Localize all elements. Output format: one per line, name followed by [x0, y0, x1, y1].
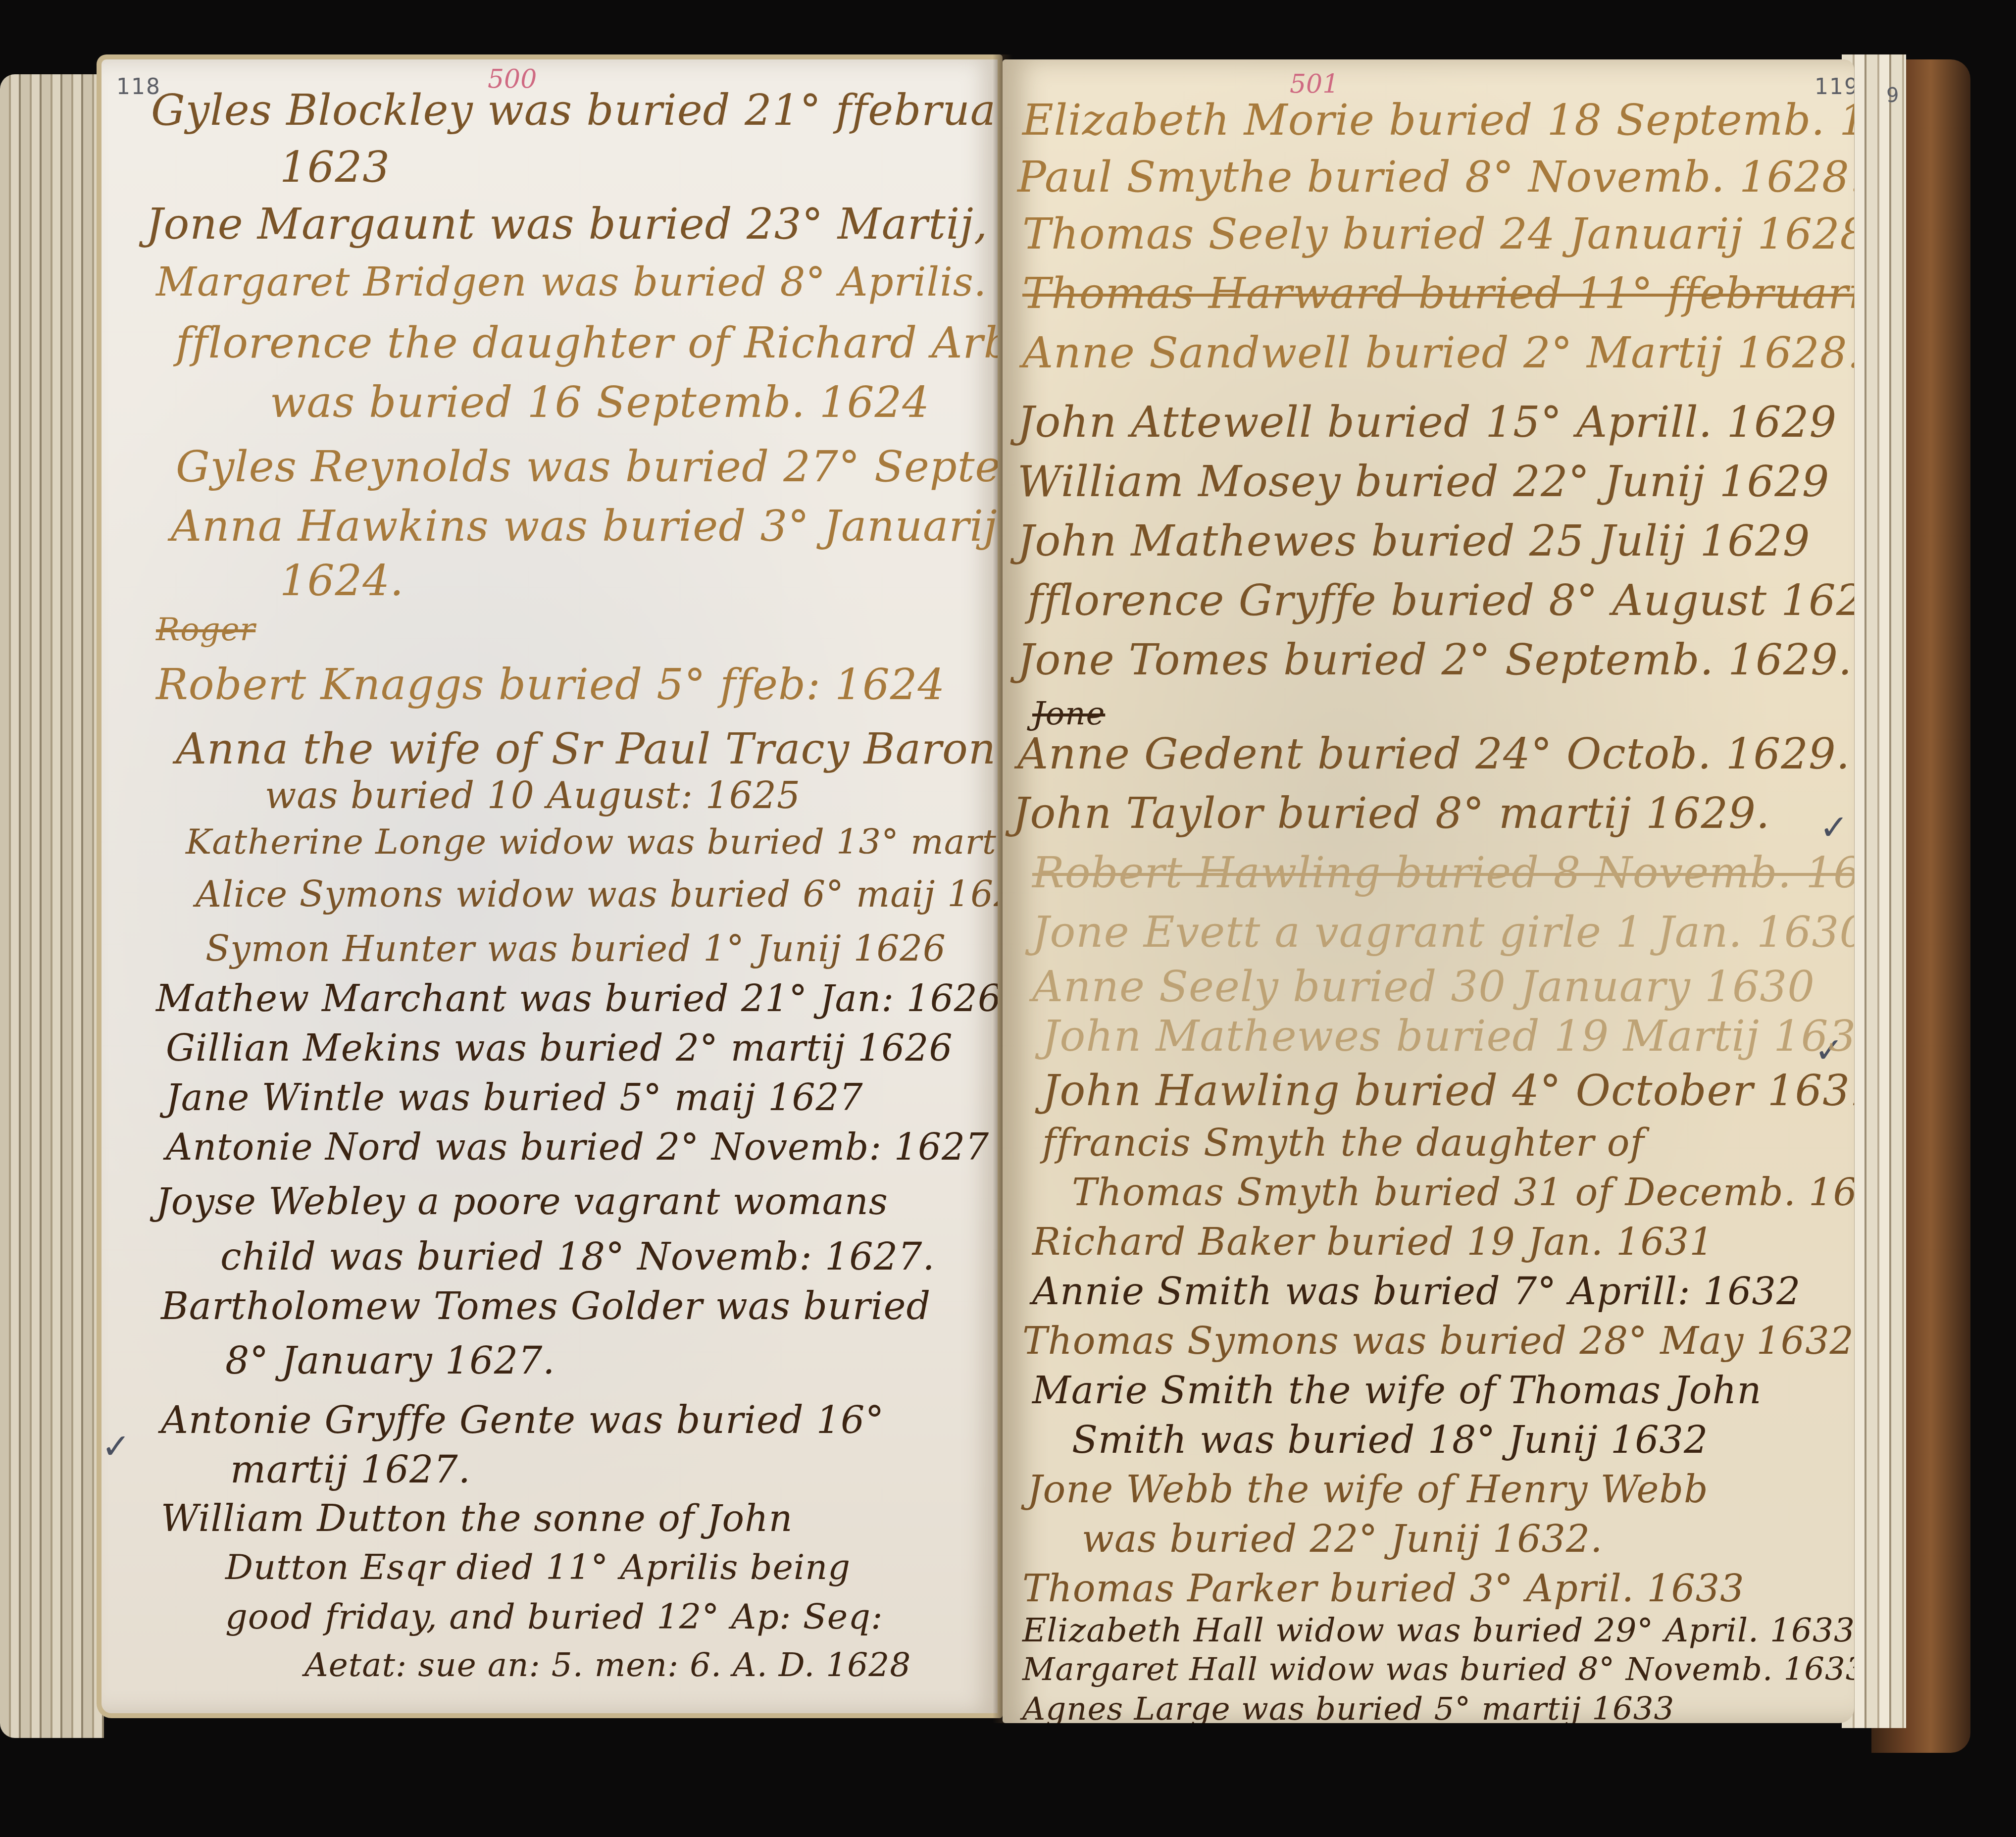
entry-line: Anne Seely buried 30 January 1630 — [1032, 966, 1815, 1008]
entry-line: Paul Smythe buried 8° Novemb. 1628. — [1017, 156, 1854, 199]
entry-line: fflorence the daughter of Richard Arbill — [176, 322, 1003, 364]
entry-line: Elizabeth Hall widow was buried 29° Apri… — [1022, 1614, 1854, 1647]
entry-line: Joyse Webley a poore vagrant womans — [156, 1183, 888, 1220]
entry-line: Alice Symons widow was buried 6° maij 16… — [196, 876, 1003, 912]
entry-line: Anna Hawkins was buried 3° Januarij — [171, 505, 998, 548]
entry-line: Thomas Smyth buried 31 of Decemb. 1631 — [1072, 1174, 1854, 1211]
entry-line: John Mathewes buried 25 Julij 1629 — [1017, 520, 1810, 562]
entry-line: Aetat: sue an: 5. men: 6. A. D. 1628 — [304, 1649, 911, 1682]
entry-line: Jone Evett a vagrant girle 1 Jan. 1630 — [1032, 911, 1854, 954]
entry-line: Dutton Esqr died 11° Aprilis being — [225, 1550, 851, 1584]
entry-line: Gillian Mekins was buried 2° martij 1626 — [166, 1030, 953, 1067]
entry-line: Gyles Blockley was buried 21° ffebruarij — [151, 89, 1003, 132]
struck-entry-line: Thomas Harward buried 11° ffebruarij 162… — [1022, 272, 1854, 315]
struck-entry-line: Robert Hawling buried 8 Novemb. 1630 — [1032, 852, 1854, 894]
entry-line: Gyles Reynolds was buried 27° Septemb. 1… — [176, 446, 1003, 488]
entry-line: Annie Smith was buried 7° Aprill: 1632 — [1032, 1273, 1801, 1310]
entry-line: Anne Sandwell buried 2° Martij 1628. — [1022, 332, 1854, 374]
entry-line: Symon Hunter was buried 1° Junij 1626 — [205, 931, 946, 967]
entry-line: William Mosey buried 22° Junij 1629 — [1017, 460, 1830, 503]
entry-line: Katherine Longe widow was buried 13° mar… — [186, 824, 1003, 859]
entry-line: ffrancis Smyth the daughter of — [1042, 1124, 1645, 1162]
entry-line: Anna the wife of Sr Paul Tracy Baronet — [176, 728, 1003, 770]
margin-check-mark-icon: ✓ — [1819, 807, 1849, 848]
entry-line: 8° January 1627. — [225, 1342, 555, 1379]
entry-line: John Taylor buried 8° martij 1629. — [1012, 792, 1770, 835]
entry-line: Thomas Symons was buried 28° May 1632 — [1022, 1322, 1854, 1360]
entry-line: was buried 10 August: 1625 — [265, 777, 801, 814]
margin-check-mark-icon: ✓ — [101, 1426, 131, 1467]
entry-line: child was buried 18° Novemb: 1627. — [220, 1238, 935, 1276]
entry-line: 1624. — [280, 560, 404, 602]
entry-line: Richard Baker buried 19 Jan. 1631 — [1032, 1223, 1714, 1261]
entry-line: fflorence Gryffe buried 8° August 1629 — [1027, 579, 1854, 622]
entry-line: John Attewell buried 15° Aprill. 1629 — [1017, 401, 1837, 444]
entry-line: was buried 22° Junij 1632. — [1082, 1520, 1603, 1558]
entry-line: Antonie Gryffe Gente was buried 16° — [161, 1401, 884, 1439]
struck-entry-word: Roger — [156, 614, 255, 646]
entry-line: Agnes Large was buried 5° martij 1633 — [1022, 1693, 1674, 1723]
left-page: 118 500 ✓ Gyles Blockley was buried 21° … — [97, 54, 1003, 1718]
entry-line: Anne Gedent buried 24° Octob. 1629. — [1017, 733, 1850, 775]
entry-line: was buried 16 Septemb. 1624 — [270, 381, 930, 424]
entry-line: Mathew Marchant was buried 21° Jan: 1626 — [156, 980, 1002, 1017]
entry-line: Jone Tomes buried 2° Septemb. 1629. — [1017, 639, 1852, 681]
entry-line: John Mathewes buried 19 Martij 1630 — [1042, 1015, 1854, 1058]
entry-line: Marie Smith the wife of Thomas John — [1032, 1372, 1762, 1409]
entry-line: Margaret Bridgen was buried 8° Aprilis. … — [156, 262, 1003, 302]
entry-line: Bartholomew Tomes Golder was buried — [161, 1287, 931, 1325]
entry-line: martij 1627. — [230, 1451, 471, 1488]
struck-entry-word: Jone — [1032, 698, 1105, 730]
right-red-folio-number: 501 — [1290, 69, 1339, 99]
entry-line: Antonie Nord was buried 2° Novemb: 1627 — [166, 1129, 989, 1166]
entry-line: good friday, and buried 12° Ap: Seq: — [225, 1599, 883, 1634]
entry-line: Thomas Seely buried 24 Januarij 1628 — [1022, 213, 1854, 255]
entry-line: Margaret Hall widow was buried 8° Novemb… — [1022, 1654, 1854, 1685]
left-page-edges — [0, 74, 104, 1738]
entry-line: 1623 — [280, 146, 390, 189]
right-page: 501 119 ✓ ✓ Elizabeth Morie buried 18 Se… — [1003, 59, 1854, 1723]
entry-line: John Hawling buried 4° October 1631 — [1042, 1070, 1854, 1112]
entry-line: William Dutton the sonne of John — [161, 1500, 793, 1537]
entry-line: Robert Knaggs buried 5° ffeb: 1624 — [156, 663, 945, 706]
entry-line: Jone Webb the wife of Henry Webb — [1027, 1471, 1709, 1508]
edge-pencil-mark: 9 — [1886, 84, 1900, 107]
entry-line: Thomas Parker buried 3° April. 1633 — [1022, 1570, 1745, 1607]
entry-line: Jone Margaunt was buried 23° Martij, 162… — [146, 203, 1003, 246]
entry-line: Jane Wintle was buried 5° maij 1627 — [166, 1079, 863, 1116]
entry-line: Smith was buried 18° Junij 1632 — [1072, 1421, 1708, 1459]
entry-line: Elizabeth Morie buried 18 Septemb. 1628 — [1022, 99, 1854, 142]
